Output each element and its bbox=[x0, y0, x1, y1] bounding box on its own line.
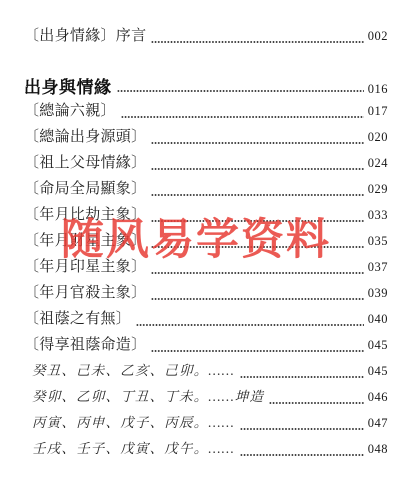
toc-entry: 〔總論出身源頭〕 020 bbox=[24, 125, 388, 151]
dotted-leader bbox=[151, 298, 363, 300]
toc-entry: 丙寅、丙申、戊子、丙辰。…… 047 bbox=[24, 411, 388, 437]
toc-entry-label: 出身與情緣 bbox=[24, 73, 112, 98]
dotted-leader bbox=[240, 376, 364, 378]
toc-entry-label: 〔年月財星主象〕 bbox=[24, 229, 146, 250]
toc-entry: 〔命局全局顯象〕 029 bbox=[24, 177, 388, 203]
toc-entry-label: 〔祖蔭之有無〕 bbox=[24, 307, 131, 328]
dotted-leader bbox=[136, 324, 364, 326]
toc-entry: 〔年月印星主象〕 037 bbox=[24, 255, 388, 281]
toc-entry-page-number: 046 bbox=[368, 390, 388, 405]
dotted-leader bbox=[240, 428, 364, 430]
dotted-leader bbox=[151, 350, 363, 352]
toc-entry-label: 癸卯、乙卯、丁丑、丁未。……坤造 bbox=[32, 385, 264, 405]
toc-entry: 〔年月官殺主象〕 039 bbox=[24, 281, 388, 307]
toc-entry: 〔總論六親〕 017 bbox=[24, 99, 388, 125]
dotted-leader bbox=[151, 41, 363, 43]
toc-entry-page-number: 045 bbox=[368, 364, 388, 379]
toc-entry-label: 壬戌、壬子、戊寅、戊午。…… bbox=[32, 437, 235, 457]
toc-entry: 〔得享祖蔭命造〕 045 bbox=[24, 333, 388, 359]
toc-entry-label: 〔年月官殺主象〕 bbox=[24, 281, 146, 302]
toc-entry-label: 癸丑、己未、乙亥、己卯。…… bbox=[32, 359, 235, 379]
toc-entry: 〔年月比劫主象〕 033 bbox=[24, 203, 388, 229]
dotted-leader bbox=[151, 246, 363, 248]
toc-entry-page-number: 017 bbox=[368, 104, 388, 119]
dotted-leader bbox=[121, 116, 364, 118]
toc-entry-label: 〔命局全局顯象〕 bbox=[24, 177, 146, 198]
toc-entry-label: 〔得享祖蔭命造〕 bbox=[24, 333, 146, 354]
toc-entry-page-number: 020 bbox=[368, 130, 388, 145]
toc-entry-label: 〔出身情緣〕序言 bbox=[24, 24, 146, 45]
dotted-leader bbox=[151, 168, 363, 170]
dotted-leader bbox=[151, 194, 363, 196]
toc-entry: 癸卯、乙卯、丁丑、丁未。……坤造 046 bbox=[24, 385, 388, 411]
dotted-leader bbox=[269, 402, 364, 404]
toc-entry-page-number: 035 bbox=[368, 234, 388, 249]
toc-entry-label: 丙寅、丙申、戊子、丙辰。…… bbox=[32, 411, 235, 431]
toc-entry: 〔年月財星主象〕 035 bbox=[24, 229, 388, 255]
toc-entry-label: 〔年月比劫主象〕 bbox=[24, 203, 146, 224]
toc-entry: 癸丑、己未、乙亥、己卯。…… 045 bbox=[24, 359, 388, 385]
table-of-contents: 〔出身情緣〕序言 002 出身與情緣 016 〔總論六親〕 017 〔總論出身源… bbox=[24, 24, 388, 463]
toc-entry-page-number: 045 bbox=[368, 338, 388, 353]
toc-entry: 〔祖蔭之有無〕 040 bbox=[24, 307, 388, 333]
toc-entry-page-number: 033 bbox=[368, 208, 388, 223]
toc-entry-page-number: 029 bbox=[368, 182, 388, 197]
toc-entry-label: 〔總論出身源頭〕 bbox=[24, 125, 146, 146]
book-toc-page: 〔出身情緣〕序言 002 出身與情緣 016 〔總論六親〕 017 〔總論出身源… bbox=[0, 0, 405, 493]
dotted-leader bbox=[117, 90, 364, 92]
toc-entry: 出身與情緣 016 bbox=[24, 73, 388, 99]
dotted-leader bbox=[151, 220, 363, 222]
toc-entry-label: 〔祖上父母情緣〕 bbox=[24, 151, 146, 172]
dotted-leader bbox=[151, 272, 363, 274]
toc-entry-page-number: 016 bbox=[368, 82, 388, 97]
dotted-leader bbox=[151, 142, 363, 144]
toc-entry: 〔祖上父母情緣〕 024 bbox=[24, 151, 388, 177]
toc-entry: 壬戌、壬子、戊寅、戊午。…… 048 bbox=[24, 437, 388, 463]
toc-entry-page-number: 024 bbox=[368, 156, 388, 171]
toc-entry-label: 〔年月印星主象〕 bbox=[24, 255, 146, 276]
toc-entry-page-number: 047 bbox=[368, 416, 388, 431]
toc-entry-label: 〔總論六親〕 bbox=[24, 99, 116, 120]
toc-entry-page-number: 048 bbox=[368, 442, 388, 457]
toc-entry-page-number: 037 bbox=[368, 260, 388, 275]
dotted-leader bbox=[240, 454, 364, 456]
toc-entry: 〔出身情緣〕序言 002 bbox=[24, 24, 388, 50]
toc-entry-page-number: 002 bbox=[368, 29, 388, 44]
toc-entry-page-number: 040 bbox=[368, 312, 388, 327]
toc-entry-page-number: 039 bbox=[368, 286, 388, 301]
